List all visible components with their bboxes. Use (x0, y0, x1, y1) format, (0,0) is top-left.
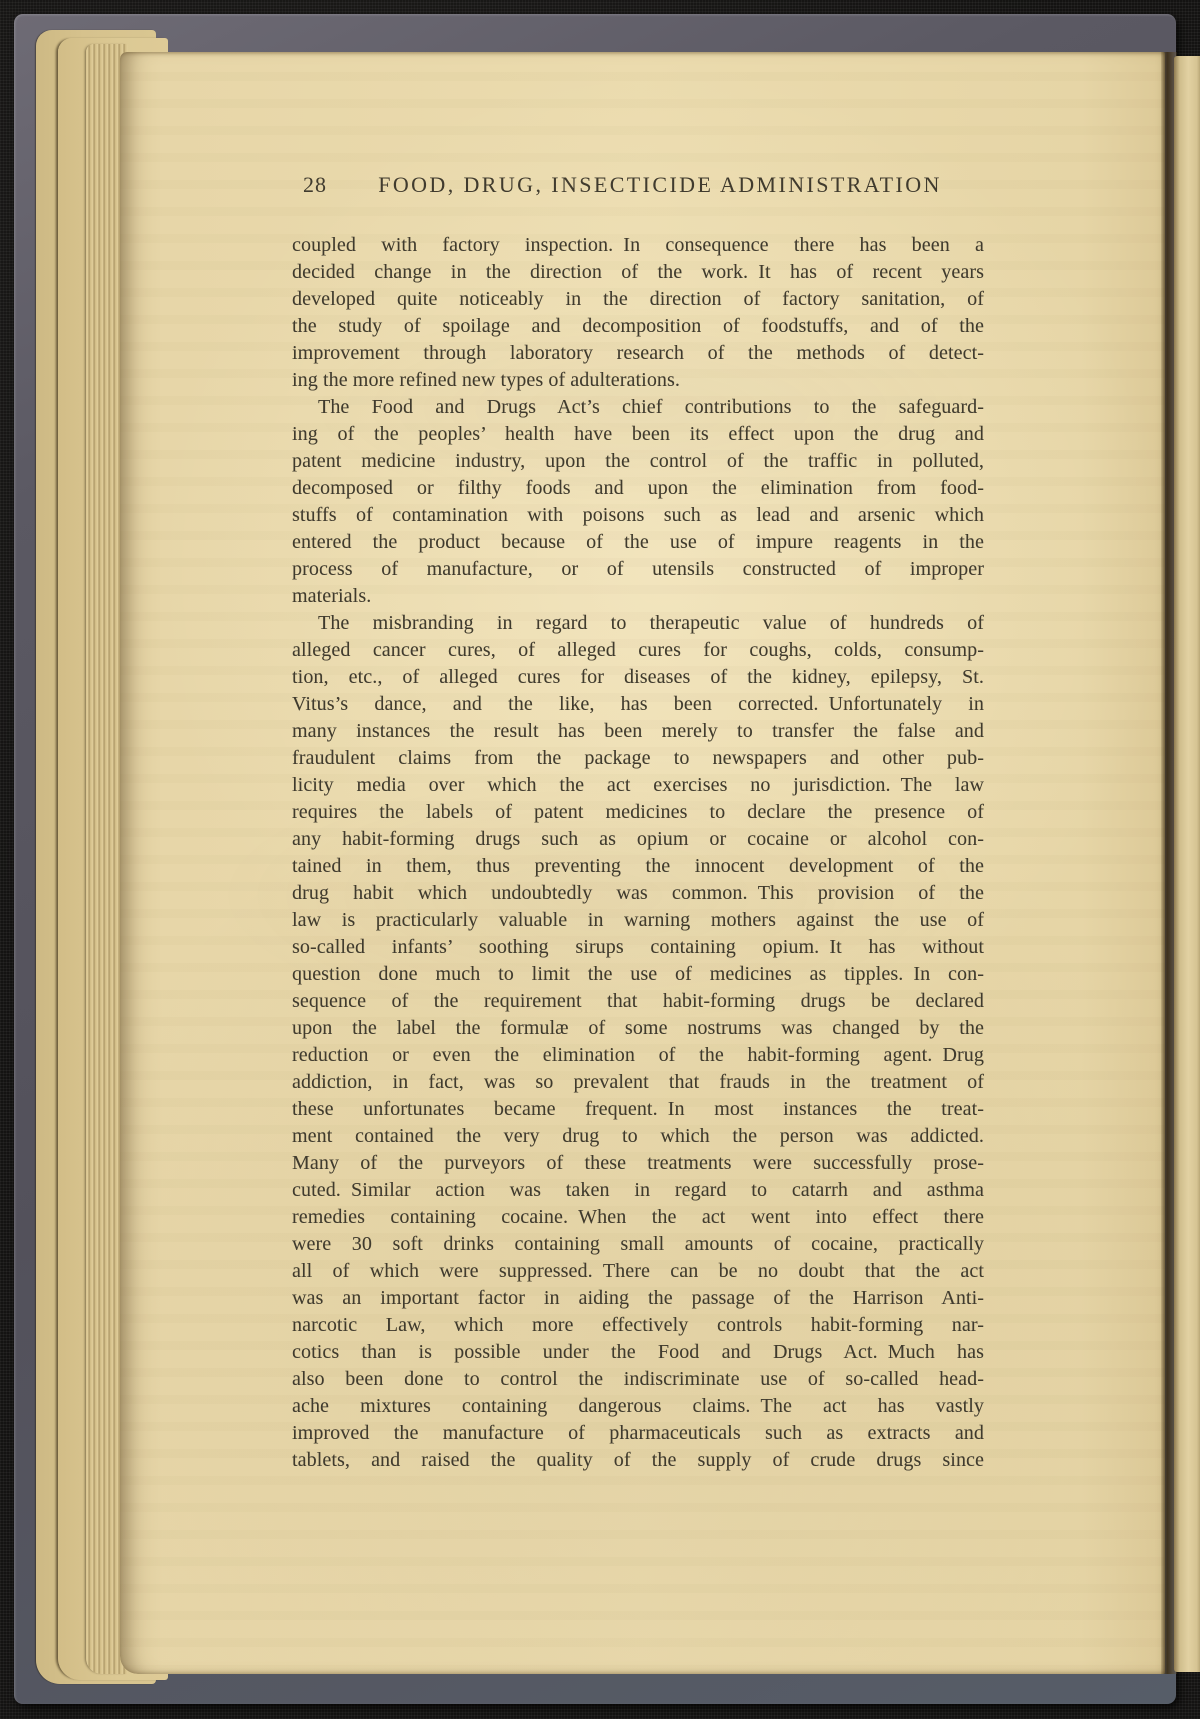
text-line: decomposed or filthy foods and upon the … (292, 475, 984, 502)
text-line: requires the labels of patent medicines … (292, 799, 984, 826)
paragraph-1: coupled with factory inspection. In cons… (292, 232, 984, 394)
text-line: so-called infants’ soothing sirups conta… (292, 934, 984, 961)
text-line: sequence of the requirement that habit-f… (292, 988, 984, 1015)
text-line: tion, etc., of alleged cures for disease… (292, 664, 984, 691)
text-line: licity media over which the act exercise… (292, 772, 984, 799)
text-line: alleged cancer cures, of alleged cures f… (292, 637, 984, 664)
text-line: cuted. Similar action was taken in regar… (292, 1177, 984, 1204)
text-line: entered the product because of the use o… (292, 529, 984, 556)
text-line: tablets, and raised the quality of the s… (292, 1447, 984, 1474)
text-line: decided change in the direction of the w… (292, 259, 984, 286)
text-line: cotics than is possible under the Food a… (292, 1339, 984, 1366)
text-line: addiction, in fact, was so prevalent tha… (292, 1069, 984, 1096)
text-line: improvement through laboratory research … (292, 340, 984, 367)
paragraph-3: The misbranding in regard to therapeutic… (292, 610, 984, 1474)
text-line: ment contained the very drug to which th… (292, 1123, 984, 1150)
text-line: all of which were suppressed. There can … (292, 1258, 984, 1285)
text-line: ache mixtures containing dangerous claim… (292, 1393, 984, 1420)
text-line: law is practicularly valuable in warning… (292, 907, 984, 934)
text-line: many instances the result has been merel… (292, 718, 984, 745)
text-line: drug habit which undoubtedly was common.… (292, 880, 984, 907)
text-line: The misbranding in regard to therapeutic… (292, 610, 984, 637)
text-line: Vitus’s dance, and the like, has been co… (292, 691, 984, 718)
text-line: question done much to limit the use of m… (292, 961, 984, 988)
body-text: coupled with factory inspection. In cons… (292, 232, 984, 1474)
text-line: developed quite noticeably in the direct… (292, 286, 984, 313)
text-line: patent medicine industry, upon the contr… (292, 448, 984, 475)
facing-page-edge (1174, 56, 1200, 1672)
running-head: 28 FOOD, DRUG, INSECTICIDE ADMINISTRATIO… (292, 170, 984, 202)
text-line: reduction or even the elimination of the… (292, 1042, 984, 1069)
text-line: materials. (292, 583, 984, 610)
text-line: coupled with factory inspection. In cons… (292, 232, 984, 259)
book-page: 28 FOOD, DRUG, INSECTICIDE ADMINISTRATIO… (120, 52, 1165, 1674)
book-scan: 28 FOOD, DRUG, INSECTICIDE ADMINISTRATIO… (0, 0, 1200, 1719)
text-line: stuffs of contamination with poisons suc… (292, 502, 984, 529)
text-line: were 30 soft drinks containing small amo… (292, 1231, 984, 1258)
text-line: upon the label the formulæ of some nostr… (292, 1015, 984, 1042)
text-line: fraudulent claims from the package to ne… (292, 745, 984, 772)
text-line: these unfortunates became frequent. In m… (292, 1096, 984, 1123)
text-line: was an important factor in aiding the pa… (292, 1285, 984, 1312)
text-line: any habit-forming drugs such as opium or… (292, 826, 984, 853)
text-line: Many of the purveyors of these treatment… (292, 1150, 984, 1177)
text-line: the study of spoilage and decomposition … (292, 313, 984, 340)
text-line: ing of the peoples’ health have been its… (292, 421, 984, 448)
text-line: ing the more refined new types of adulte… (292, 367, 984, 394)
text-line: improved the manufacture of pharmaceutic… (292, 1420, 984, 1447)
text-line: remedies containing cocaine. When the ac… (292, 1204, 984, 1231)
text-line: also been done to control the indiscrimi… (292, 1366, 984, 1393)
text-line: narcotic Law, which more effectively con… (292, 1312, 984, 1339)
text-line: The Food and Drugs Act’s chief contribut… (292, 394, 984, 421)
text-line: tained in them, thus preventing the inno… (292, 853, 984, 880)
running-title: FOOD, DRUG, INSECTICIDE ADMINISTRATION (292, 172, 984, 198)
paragraph-2: The Food and Drugs Act’s chief contribut… (292, 394, 984, 610)
text-line: process of manufacture, or of utensils c… (292, 556, 984, 583)
